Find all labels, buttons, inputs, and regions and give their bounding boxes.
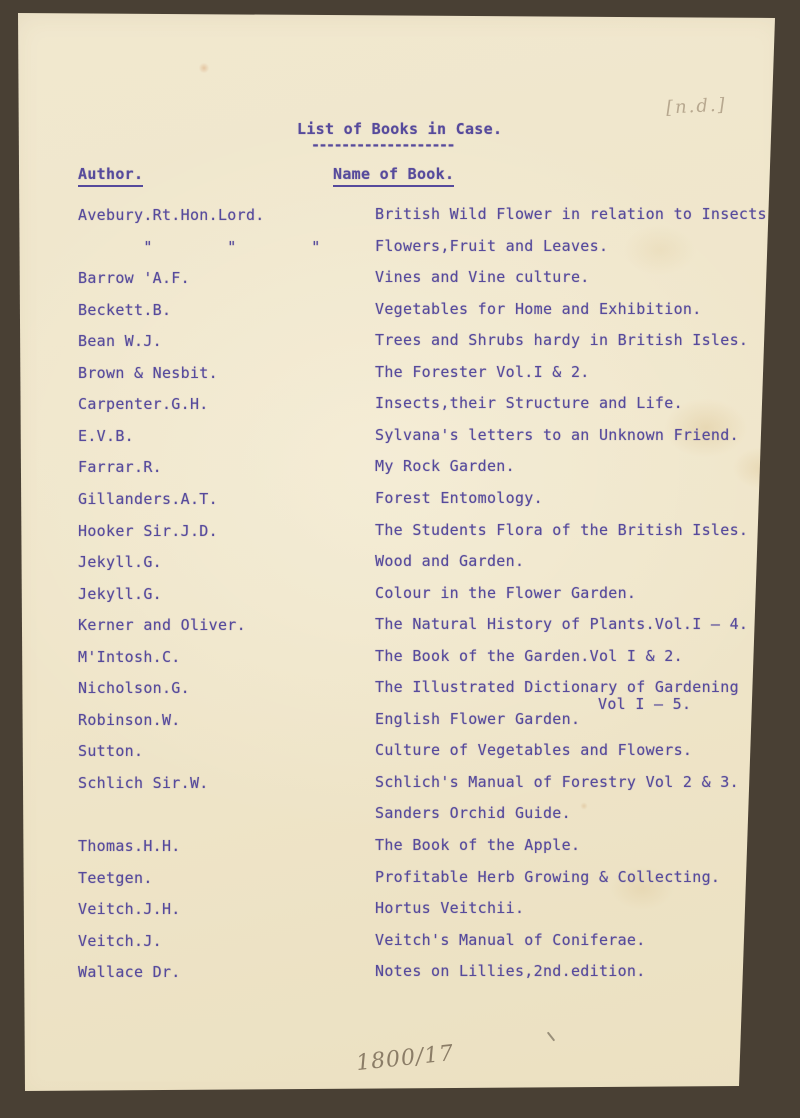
author-cell: Hooker Sir.J.D.	[78, 522, 218, 540]
table-row: Sanders Orchid Guide.	[0, 805, 800, 827]
book-cell: The Book of the Garden.Vol I & 2.	[375, 648, 775, 665]
book-cell: Vegetables for Home and Exhibition.	[375, 301, 775, 318]
column-header-book: Name of Book.	[333, 165, 454, 187]
book-cell: Flowers,Fruit and Leaves.	[375, 238, 775, 255]
book-cell: Schlich's Manual of Forestry Vol 2 & 3.	[375, 774, 775, 791]
author-cell: Nicholson.G.	[78, 679, 190, 697]
table-row: Bean W.J. Trees and Shrubs hardy in Brit…	[0, 332, 800, 354]
author-cell: Jekyll.G.	[78, 585, 162, 603]
book-cell-line2: Vol I – 5.	[598, 696, 775, 713]
book-cell: Sanders Orchid Guide.	[375, 805, 775, 822]
author-cell: Veitch.J.	[78, 932, 162, 950]
author-cell: Schlich Sir.W.	[78, 774, 209, 792]
table-row: M'Intosh.C. The Book of the Garden.Vol I…	[0, 648, 800, 670]
table-row: Carpenter.G.H. Insects,their Structure a…	[0, 395, 800, 417]
author-cell: Brown & Nesbit.	[78, 364, 218, 382]
pencil-annotation-reference-number: 1800/17	[355, 1041, 455, 1076]
book-cell: Profitable Herb Growing & Collecting.	[375, 869, 775, 886]
book-cell: Hortus Veitchii.	[375, 900, 775, 917]
table-row: E.V.B. Sylvana's letters to an Unknown F…	[0, 427, 800, 449]
author-cell: Gillanders.A.T.	[78, 490, 218, 508]
book-cell: Colour in the Flower Garden.	[375, 585, 775, 602]
author-cell: Beckett.B.	[78, 301, 171, 319]
column-header-author: Author.	[78, 165, 143, 187]
author-cell: Bean W.J.	[78, 332, 162, 350]
table-row: Jekyll.G. Colour in the Flower Garden.	[0, 585, 800, 607]
author-cell: Carpenter.G.H.	[78, 395, 209, 413]
table-row: Nicholson.G. The Illustrated Dictionary …	[0, 679, 800, 701]
table-row: Schlich Sir.W. Schlich's Manual of Fores…	[0, 774, 800, 796]
table-row: Kerner and Oliver. The Natural History o…	[0, 616, 800, 638]
author-cell: " " "	[78, 238, 321, 256]
table-row: Hooker Sir.J.D. The Students Flora of th…	[0, 522, 800, 544]
book-cell: Veitch's Manual of Coniferae.	[375, 932, 775, 949]
author-cell: Barrow 'A.F.	[78, 269, 190, 287]
pencil-annotation-nd: [n.d.]	[665, 94, 727, 118]
author-cell: Thomas.H.H.	[78, 837, 181, 855]
author-cell: Wallace Dr.	[78, 963, 181, 981]
author-cell: Sutton.	[78, 742, 143, 760]
table-row: Gillanders.A.T. Forest Entomology.	[0, 490, 800, 512]
author-cell: Teetgen.	[78, 869, 153, 887]
table-row: Farrar.R. My Rock Garden.	[0, 458, 800, 480]
book-cell: My Rock Garden.	[375, 458, 775, 475]
book-cell: Trees and Shrubs hardy in British Isles.	[375, 332, 775, 349]
table-row: Sutton. Culture of Vegetables and Flower…	[0, 742, 800, 764]
title-underline: -------------------	[311, 136, 454, 154]
book-cell: Insects,their Structure and Life.	[375, 395, 775, 412]
table-row: Brown & Nesbit. The Forester Vol.I & 2.	[0, 364, 800, 386]
table-row: Robinson.W. English Flower Garden.	[0, 711, 800, 733]
book-cell: Wood and Garden.	[375, 553, 775, 570]
book-cell: British Wild Flower in relation to Insec…	[375, 206, 775, 223]
document-page: [n.d.] List of Books in Case. ----------…	[0, 0, 800, 1118]
table-row: Veitch.J.H. Hortus Veitchii.	[0, 900, 800, 922]
book-cell: Forest Entomology.	[375, 490, 775, 507]
book-cell: Notes on Lillies,2nd.edition.	[375, 963, 775, 980]
book-cell: The Forester Vol.I & 2.	[375, 364, 775, 381]
author-cell: Avebury.Rt.Hon.Lord.	[78, 206, 265, 224]
author-cell: Kerner and Oliver.	[78, 616, 246, 634]
book-cell: English Flower Garden.	[375, 711, 775, 728]
book-cell: The Natural History of Plants.Vol.I – 4.	[375, 616, 775, 633]
book-cell: The Students Flora of the British Isles.	[375, 522, 775, 539]
table-row: Avebury.Rt.Hon.Lord. British Wild Flower…	[0, 206, 800, 228]
author-cell: Jekyll.G.	[78, 553, 162, 571]
book-cell: Vines and Vine culture.	[375, 269, 775, 286]
book-cell: The Book of the Apple.	[375, 837, 775, 854]
table-row: Thomas.H.H. The Book of the Apple.	[0, 837, 800, 859]
author-cell: Robinson.W.	[78, 711, 181, 729]
author-cell: M'Intosh.C.	[78, 648, 181, 666]
table-row: Barrow 'A.F. Vines and Vine culture.	[0, 269, 800, 291]
scan-background: [n.d.] List of Books in Case. ----------…	[0, 0, 800, 1118]
book-cell: Sylvana's letters to an Unknown Friend.	[375, 427, 775, 444]
table-row: Wallace Dr. Notes on Lillies,2nd.edition…	[0, 963, 800, 985]
table-row: Beckett.B. Vegetables for Home and Exhib…	[0, 301, 800, 323]
pencil-tick-mark	[547, 1032, 555, 1042]
table-row: " " " Flowers,Fruit and Leaves.	[0, 238, 800, 260]
table-row: Veitch.J. Veitch's Manual of Coniferae.	[0, 932, 800, 954]
table-row: Teetgen. Profitable Herb Growing & Colle…	[0, 869, 800, 891]
author-cell: Farrar.R.	[78, 458, 162, 476]
book-cell: The Illustrated Dictionary of GardeningV…	[375, 679, 775, 712]
table-row: Jekyll.G. Wood and Garden.	[0, 553, 800, 575]
book-cell: Culture of Vegetables and Flowers.	[375, 742, 775, 759]
author-cell: E.V.B.	[78, 427, 134, 445]
author-cell: Veitch.J.H.	[78, 900, 181, 918]
